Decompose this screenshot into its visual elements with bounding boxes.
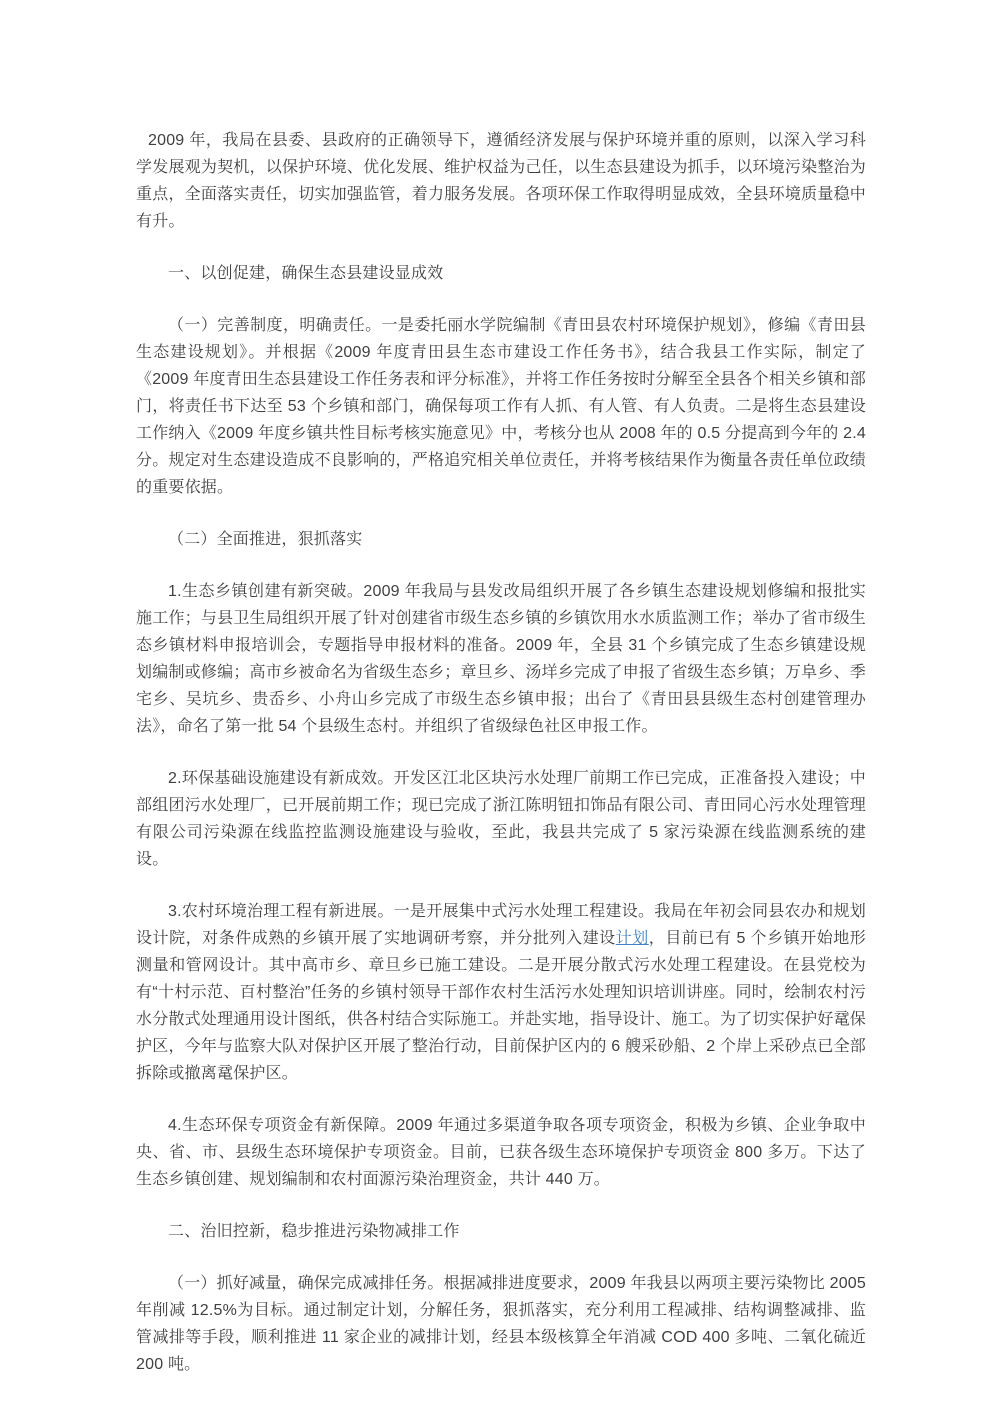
item-1-eco-township-paragraph: 1.生态乡镇创建有新突破。2009 年我局与县发改局组织开展了各乡镇生态建设规划… — [136, 578, 866, 740]
section-2-sub-1-paragraph: （一）抓好减量，确保完成减排任务。根据减排进度要求，2009 年我县以两项主要污… — [136, 1270, 866, 1378]
item-3-text-after-link: ，目前已有 5 个乡镇开始地形测量和管网设计。其中高市乡、章旦乡已施工建设。二是… — [136, 930, 866, 1082]
section-1-sub-1-paragraph: （一）完善制度，明确责任。一是委托丽水学院编制《青田县农村环境保护规划》，修编《… — [136, 312, 866, 501]
section-2-heading: 二、治旧控新，稳步推进污染物减排工作 — [136, 1218, 866, 1245]
item-3-rural-treatment-paragraph: 3.农村环境治理工程有新进展。一是开展集中式污水处理工程建设。我局在年初会同县农… — [136, 898, 866, 1087]
plan-link[interactable]: 计划 — [616, 930, 649, 947]
item-2-infrastructure-paragraph: 2.环保基础设施建设有新成效。开发区江北区块污水处理厂前期工作已完成，正准备投入… — [136, 765, 866, 873]
section-1-heading: 一、以创促建，确保生态县建设显成效 — [136, 260, 866, 287]
intro-paragraph: 2009 年，我局在县委、县政府的正确领导下，遵循经济发展与保护环境并重的原则，… — [136, 127, 866, 235]
section-1-sub-2-heading: （二）全面推进，狠抓落实 — [136, 526, 866, 553]
document-page: 2009 年，我局在县委、县政府的正确领导下，遵循经济发展与保护环境并重的原则，… — [0, 0, 1000, 1418]
item-4-special-funds-paragraph: 4.生态环保专项资金有新保障。2009 年通过多渠道争取各项专项资金，积极为乡镇… — [136, 1112, 866, 1193]
